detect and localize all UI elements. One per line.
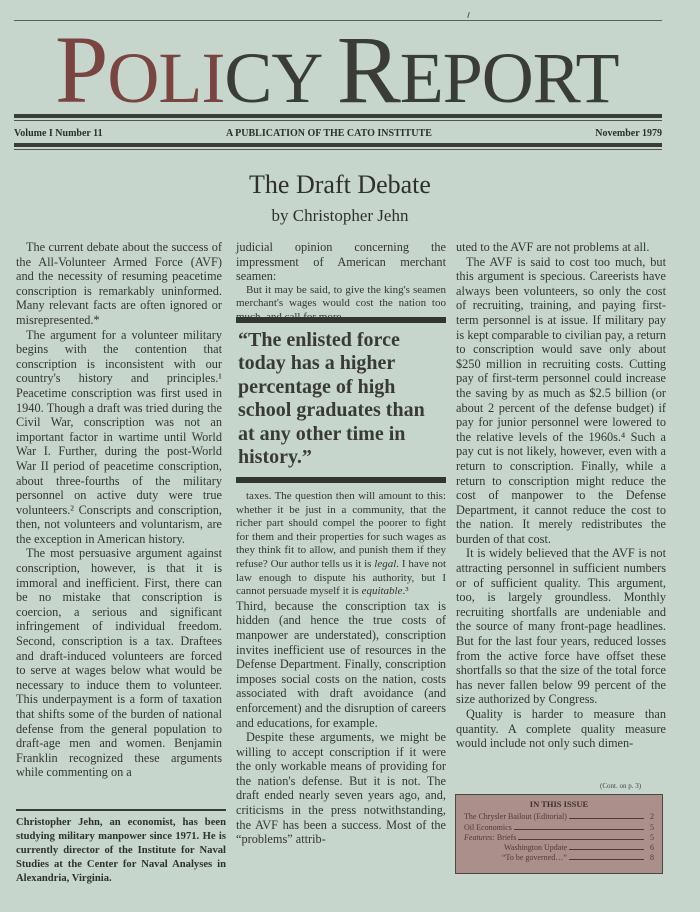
masthead-rule-upper-thin — [14, 120, 662, 121]
pull-quote: “The enlisted force today has a higher p… — [236, 323, 446, 477]
masthead-r: R — [337, 16, 400, 123]
pull-quote-box: “The enlisted force today has a higher p… — [236, 317, 446, 483]
column-2-bottom: taxes. The question then will amount to … — [236, 490, 446, 847]
issue-info-row: Volume I Number 11 A PUBLICATION OF THE … — [14, 126, 662, 140]
in-this-issue-box: IN THIS ISSUE The Chrysler Bailout (Edit… — [455, 794, 663, 874]
toc-item[interactable]: The Chrysler Bailout (Editorial)2 — [464, 811, 654, 821]
paragraph: Third, because the conscription tax is h… — [236, 599, 446, 730]
continued-note: (Cont. on p. 3) — [600, 782, 641, 790]
pull-quote-rule-bottom — [236, 477, 446, 483]
paragraph: Despite these arguments, we might be wil… — [236, 730, 446, 847]
paragraph: uted to the AVF are not problems at all. — [456, 240, 666, 255]
column-3: uted to the AVF are not problems at all.… — [456, 240, 666, 751]
volume-number: Volume I Number 11 — [14, 128, 103, 139]
paragraph: The argument for a volunteer military be… — [16, 328, 222, 547]
paragraph: judicial opinion concerning the impressm… — [236, 240, 446, 284]
bio-rule — [16, 809, 226, 811]
masthead-rule-upper — [14, 114, 662, 118]
masthead-cy: CY — [224, 38, 336, 118]
paragraph: The current debate about the success of … — [16, 240, 222, 328]
masthead-rule-lower — [14, 143, 662, 147]
toc-item[interactable]: Features: Briefs5 — [464, 832, 654, 842]
column-1: The current debate about the success of … — [16, 240, 222, 780]
franklin-quote-part2: taxes. The question then will amount to … — [236, 490, 446, 599]
issue-date: November 1979 — [595, 128, 662, 139]
toc-item[interactable]: Oil Economics5 — [464, 821, 654, 831]
column-2-top: judicial opinion concerning the impressm… — [236, 240, 446, 325]
paragraph: It is widely believed that the AVF is no… — [456, 546, 666, 707]
toc-heading: IN THIS ISSUE — [464, 799, 654, 809]
toc-item[interactable]: Washington Update6 — [464, 842, 654, 852]
masthead-p: P — [55, 16, 107, 123]
masthead-rule-lower-thin — [14, 149, 662, 150]
author-bio: Christopher Jehn, an economist, has been… — [16, 816, 226, 886]
article-byline: by Christopher Jehn — [235, 206, 445, 226]
paragraph: The AVF is said to cost too much, but th… — [456, 255, 666, 547]
publication-line: A PUBLICATION OF THE CATO INSTITUTE — [226, 128, 432, 139]
print-mark — [467, 12, 470, 18]
paragraph: Quality is harder to measure than quanti… — [456, 707, 666, 751]
masthead-title: POLICY REPORT — [55, 22, 655, 114]
masthead-oli: OLI — [107, 38, 224, 118]
article-title: The Draft Debate — [235, 170, 445, 200]
toc-item[interactable]: “To be governed…”8 — [464, 852, 654, 862]
masthead-eport: EPORT — [400, 38, 619, 118]
paragraph: The most persuasive argument against con… — [16, 546, 222, 780]
